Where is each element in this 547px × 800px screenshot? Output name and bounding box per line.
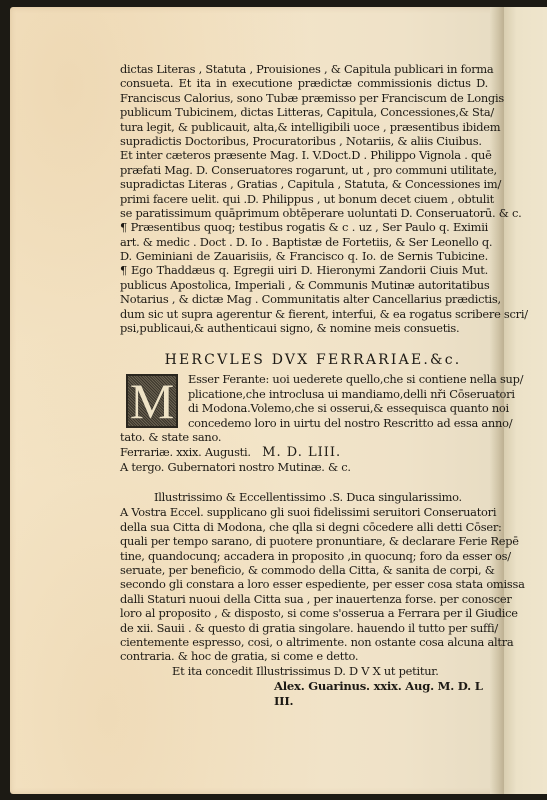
text-line: publicus Apostolica, Imperiali , & Commu… — [120, 278, 488, 292]
date-place: Ferrariæ. xxix. Augusti. — [120, 445, 251, 459]
ducal-letter-body: M Esser Ferante: uoi uederete quello,che… — [120, 372, 488, 475]
text-line: cientemente espresso, cosi, o altrimente… — [120, 635, 488, 649]
signature-line: Alex. Guarinus. xxix. Aug. M. D. L III. — [120, 679, 488, 694]
text-line: Notarius , & dictæ Mag . Communitatis al… — [120, 292, 488, 306]
text-line: quali per tempo sarano, di puotere pronu… — [120, 534, 488, 548]
text-line: tine, quandocunq; accadera in proposito … — [120, 549, 488, 563]
petition-salutation: Illustrissimo & Eccellentissimo .S. Duca… — [120, 490, 488, 505]
text-line: præfati Mag. D. Conseruatores rogarunt, … — [120, 163, 488, 177]
text-line: secondo gli constara a loro esser espedi… — [120, 577, 488, 591]
text-line: art. & medic . Doct . D. Io . Baptistæ d… — [120, 235, 488, 249]
text-line: ¶ Præsentibus quoq; testibus rogatis & c… — [120, 220, 488, 234]
text-line: consueta. Et ita in executione prædictæ … — [120, 76, 488, 90]
notarial-block: dictas Literas , Statuta , Prouisiones ,… — [120, 62, 488, 335]
text-line: psi,publicaui,& authenticaui signo, & no… — [120, 321, 488, 335]
date-year: M. D. LIII. — [262, 445, 341, 460]
text-line: Franciscus Calorius, sono Tubæ præmisso … — [120, 91, 488, 105]
petition-body: A Vostra Eccel. supplicano gli suoi fide… — [120, 505, 488, 663]
text-line: primi facere uelit. qui .D. Philippus , … — [120, 192, 488, 206]
page-text: dictas Literas , Statuta , Prouisiones ,… — [120, 62, 488, 694]
text-line: dictas Literas , Statuta , Prouisiones ,… — [120, 62, 488, 76]
grant-line: Et ita concedit Illustrissimus D. D V X … — [120, 664, 488, 679]
text-line: supradictis Doctoribus, Procuratoribus ,… — [120, 134, 488, 148]
text-line: se paratissimum quāprimum obtēperare uol… — [120, 206, 488, 220]
text-line: tato. & state sano. — [120, 430, 488, 444]
text-line: D. Geminiani de Zauarisiis, & Francisco … — [120, 249, 488, 263]
text-line: della sua Citta di Modona, che qlla si d… — [120, 520, 488, 534]
text-line: publicum Tubicinem, dictas Litteras, Cap… — [120, 105, 488, 119]
text-line: Et inter cæteros præsente Mag. I. V.Doct… — [120, 148, 488, 162]
text-line: ¶ Ego Thaddæus q. Egregii uiri D. Hieron… — [120, 263, 488, 277]
decorated-initial-icon: M — [126, 374, 178, 428]
text-line: dalli Staturi nuoui della Citta sua , pe… — [120, 592, 488, 606]
letter-address: A tergo. Gubernatori nostro Mutinæ. & c. — [120, 460, 488, 475]
text-line: de xii. Sauii . & questo di gratia singo… — [120, 621, 488, 635]
text-line: supradictas Literas , Gratias , Capitula… — [120, 177, 488, 191]
letter-date: Ferrariæ. xxix. Augusti. M. D. LIII. — [120, 444, 488, 460]
ducal-letter-heading: HERCVLES DVX FERRARIAE.&c. — [120, 352, 488, 369]
text-line: contraria. & hoc de gratia, si come e de… — [120, 649, 488, 663]
text-line: loro al proposito , & disposto, si come … — [120, 606, 488, 620]
text-line: dum sic ut supra agerentur & fierent, in… — [120, 307, 488, 321]
text-line: tura legit, & publicauit, alta,& intelli… — [120, 120, 488, 134]
text-line: seruate, per beneficio, & commodo della … — [120, 563, 488, 577]
text-line: A Vostra Eccel. supplicano gli suoi fide… — [120, 505, 488, 519]
scanned-page-view: dictas Literas , Statuta , Prouisiones ,… — [0, 0, 547, 800]
dropcap-letter: M — [130, 376, 174, 426]
